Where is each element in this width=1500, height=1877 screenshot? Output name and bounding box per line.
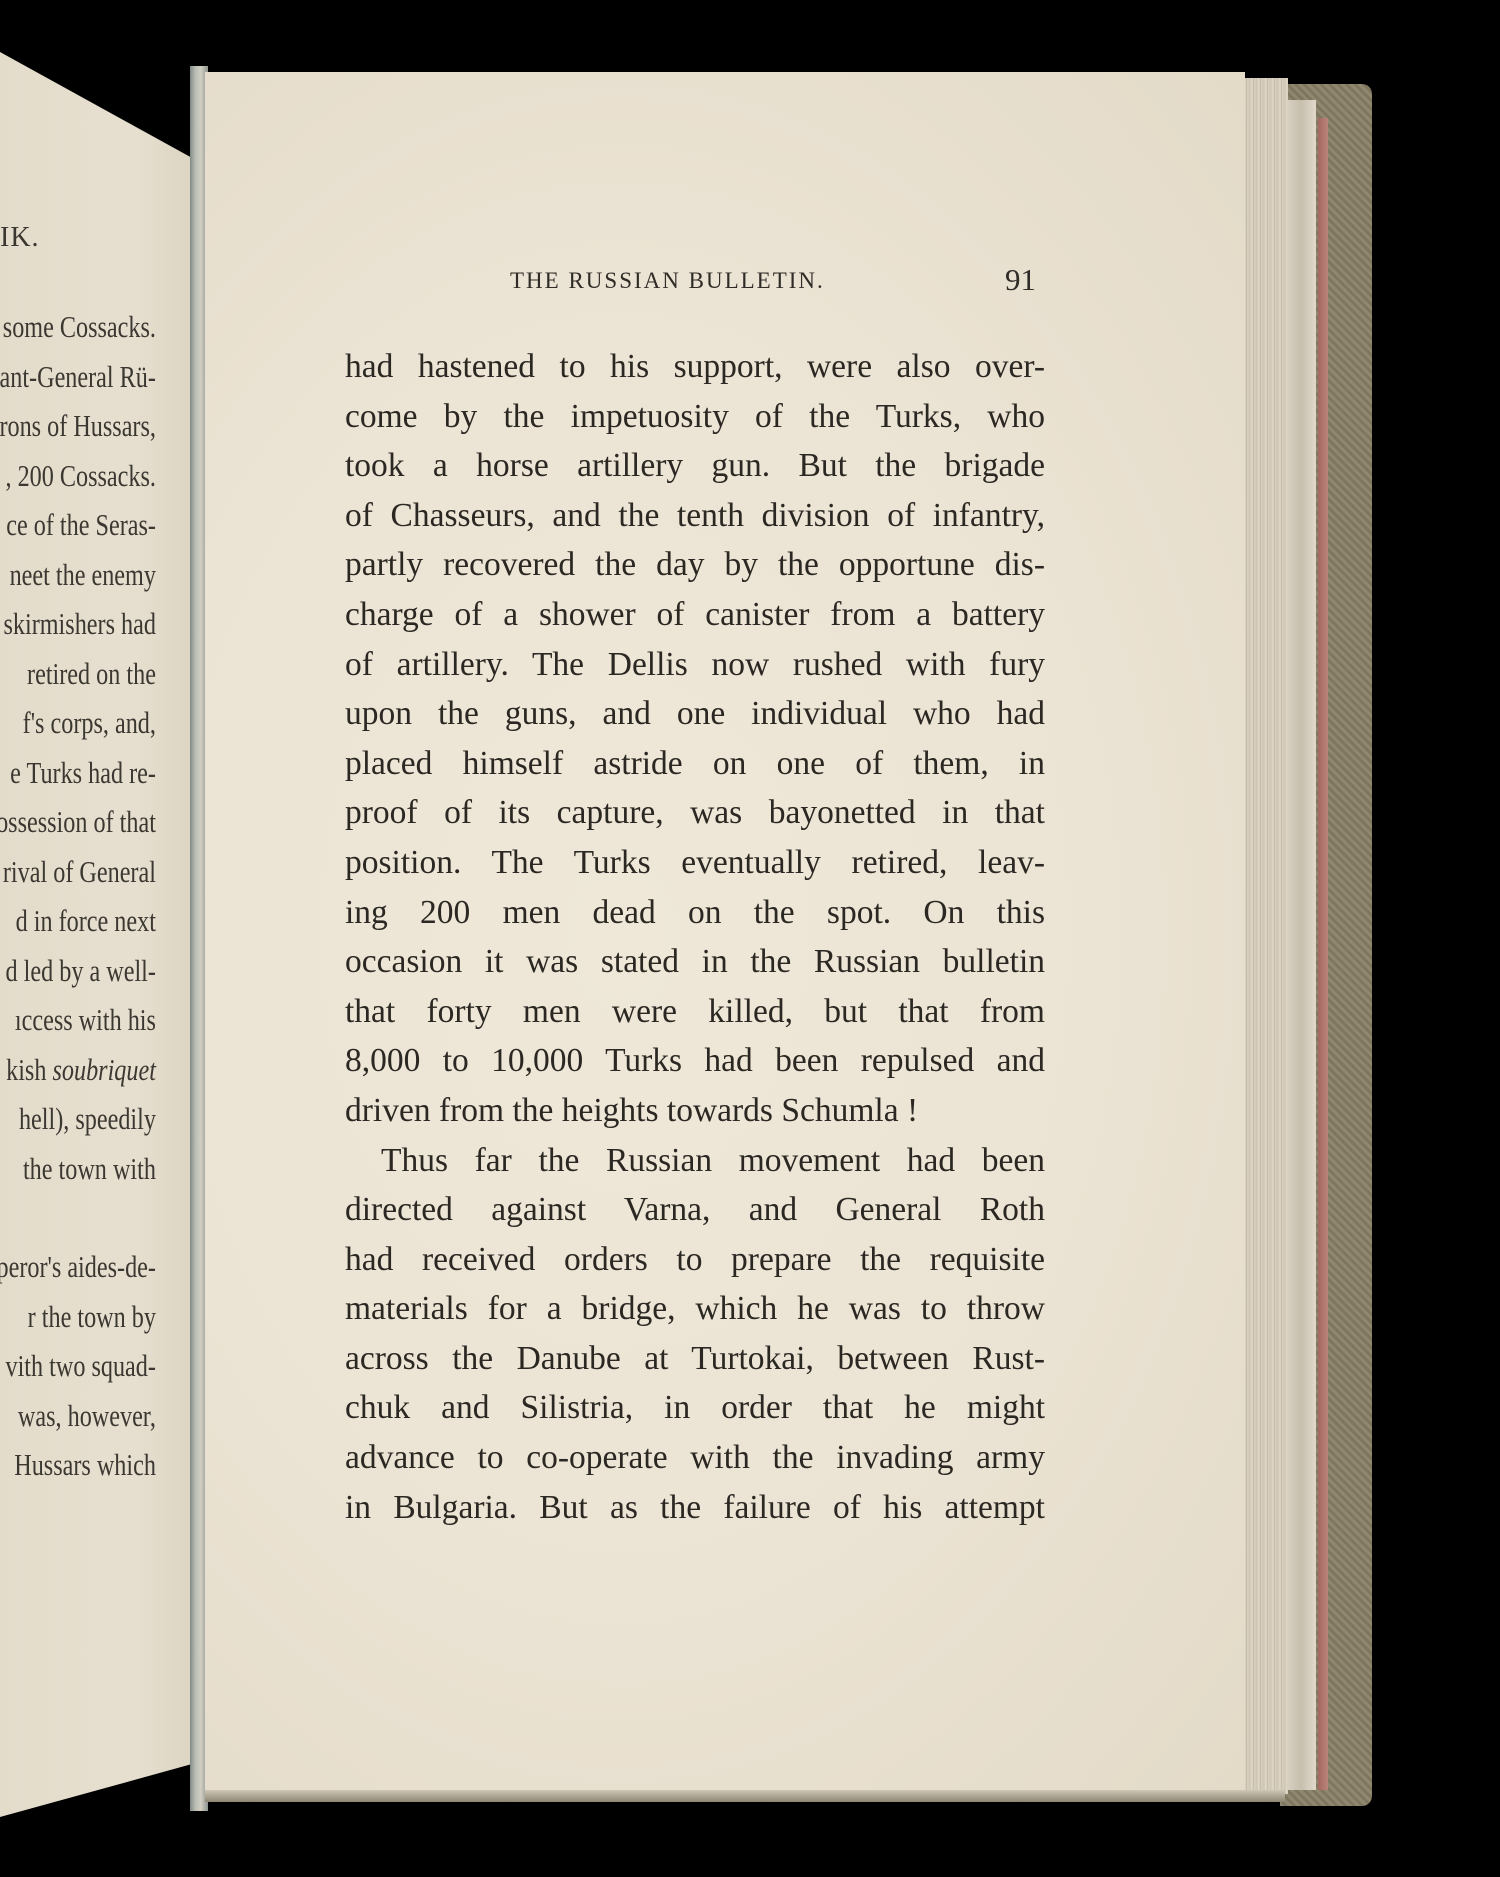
left-text-line: kish soubriquet (0, 1045, 156, 1095)
left-text-line: the town with (0, 1144, 156, 1194)
text-line: of Chasseurs, and the tenth division of … (345, 491, 1045, 541)
text-line: proof of its capture, was bayonetted in … (345, 788, 1045, 838)
text-line: 8,000 to 10,000 Turks had been repulsed … (345, 1036, 1045, 1086)
left-text-line: ıccess with his (0, 995, 156, 1045)
text-line: upon the guns, and one individual who ha… (345, 689, 1045, 739)
left-text-line: , 200 Cossacks. (0, 451, 156, 501)
left-text-line: skirmishers had (0, 599, 156, 649)
running-title: THE RUSSIAN BULLETIN. (510, 268, 825, 294)
fore-edge (1240, 78, 1288, 1794)
text-line: occasion it was stated in the Russian bu… (345, 937, 1045, 987)
left-text-line: Hussars which (0, 1440, 156, 1490)
italic-word: soubriquet (47, 1052, 156, 1087)
left-text-line: rons of Hussars, (0, 401, 156, 451)
left-text-line: ce of the Seras- (0, 500, 156, 550)
paragraph-end-line: driven from the heights towards Schumla … (345, 1086, 1045, 1136)
text-line: advance to co-operate with the invading … (345, 1433, 1045, 1483)
text-line: materials for a bridge, which he was to … (345, 1284, 1045, 1334)
left-text-line: hell), speedily (0, 1094, 156, 1144)
book-scan: IK. some Cossacks.ant-General Rü-rons of… (0, 0, 1500, 1877)
left-text-line: f's corps, and, (0, 698, 156, 748)
left-text-line: e Turks had re- (0, 748, 156, 798)
text-line: took a horse artillery gun. But the brig… (345, 441, 1045, 491)
text-line: chuk and Silistria, in order that he mig… (345, 1383, 1045, 1433)
left-text-line: vith two squad- (0, 1341, 156, 1391)
left-text-line: some Cossacks. (0, 302, 156, 352)
left-text-line: peror's aides-de- (0, 1242, 156, 1292)
text-line: partly recovered the day by the opportun… (345, 540, 1045, 590)
left-text-line: was, however, (0, 1391, 156, 1441)
text-line: that forty men were killed, but that fro… (345, 987, 1045, 1037)
right-page: THE RUSSIAN BULLETIN. 91 had hastened to… (205, 72, 1245, 1795)
left-text-line: d led by a well- (0, 946, 156, 996)
text-line: across the Danube at Turtokai, between R… (345, 1334, 1045, 1384)
left-text-line: ant-General Rü- (0, 352, 156, 402)
left-text-line: ossession of that (0, 797, 156, 847)
left-text-line: neet the enemy (0, 550, 156, 600)
left-text-line: d in force next (0, 896, 156, 946)
left-text-line: retired on the (0, 649, 156, 699)
body-text: had hastened to his support, were also o… (345, 342, 1045, 1532)
text-line: in Bulgaria. But as the failure of his a… (345, 1483, 1045, 1533)
left-running-head-fragment: IK. (0, 222, 40, 254)
page-bottom-edge (205, 1790, 1285, 1802)
blank-line (0, 1193, 156, 1242)
text-line: ing 200 men dead on the spot. On this (345, 888, 1045, 938)
text-line: come by the impetuosity of the Turks, wh… (345, 392, 1045, 442)
left-page-text: some Cossacks.ant-General Rü-rons of Hus… (0, 302, 156, 1490)
running-head: THE RUSSIAN BULLETIN. 91 (205, 262, 1245, 302)
text-line: had hastened to his support, were also o… (345, 342, 1045, 392)
text-line: placed himself astride on one of them, i… (345, 739, 1045, 789)
text-line: charge of a shower of canister from a ba… (345, 590, 1045, 640)
left-page: IK. some Cossacks.ant-General Rü-rons of… (0, 52, 192, 1817)
text-line: had received orders to prepare the requi… (345, 1235, 1045, 1285)
text-line: of artillery. The Dellis now rushed with… (345, 640, 1045, 690)
page-number: 91 (1005, 262, 1036, 298)
left-text-line: r the town by (0, 1292, 156, 1342)
text-line: position. The Turks eventually retired, … (345, 838, 1045, 888)
page-block (1286, 100, 1316, 1790)
paragraph-start-line: Thus far the Russian movement had been (345, 1136, 1045, 1186)
red-page-edge (1318, 118, 1328, 1790)
left-text-line: rival of General (0, 847, 156, 897)
text-line: directed against Varna, and General Roth (345, 1185, 1045, 1235)
